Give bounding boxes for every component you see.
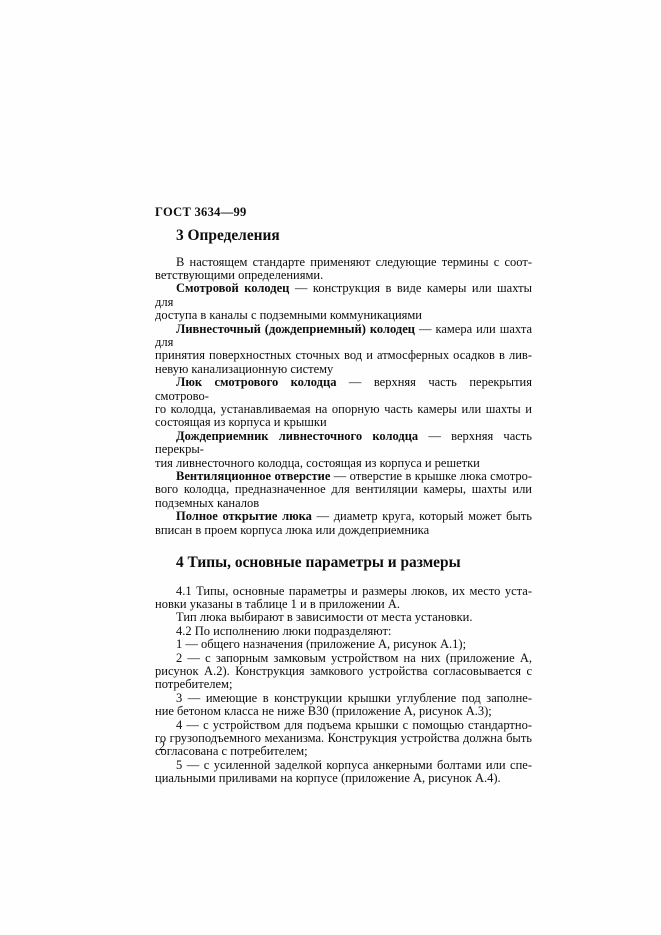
section-heading: 3 Определения <box>155 227 532 244</box>
paragraph: Смотровой колодец — конструкция в виде к… <box>155 282 532 322</box>
text-line: Дождеприемник ливнесточного колодца — ве… <box>155 430 532 457</box>
paragraph: Ливнесточный (дождеприемный) колодец — к… <box>155 323 532 377</box>
text-line: Вентиляционное отверстие — отверстие в к… <box>155 470 532 483</box>
paragraph: 1 — общего назначения (приложение А, рис… <box>155 638 532 651</box>
paragraph: Дождеприемник ливнесточного колодца — ве… <box>155 430 532 470</box>
defined-term: Вентиляционное отверстие <box>176 469 330 483</box>
section-heading: 4 Типы, основные параметры и размеры <box>155 554 532 571</box>
paragraph: Тип люка выбирают в зависимости от места… <box>155 611 532 624</box>
text-line: Смотровой колодец — конструкция в виде к… <box>155 282 532 309</box>
text-line: Тип люка выбирают в зависимости от места… <box>155 611 532 624</box>
defined-term: Полное открытие люка <box>176 509 312 523</box>
text-line: вписан в проем корпуса люка или дождепри… <box>155 524 532 537</box>
text-line: ветствующими определениями. <box>155 269 532 282</box>
defined-term: Дождеприемник ливнесточного колодца <box>176 429 418 443</box>
defined-term: Ливнесточный (дождеприемный) колодец <box>176 322 415 336</box>
text-line: подземных каналов <box>155 497 532 510</box>
defined-term: Смотровой колодец <box>176 281 289 295</box>
paragraph: 2 — с запорным замковым устройством на н… <box>155 652 532 692</box>
text-line: го колодца, устанавливаемая на опорную ч… <box>155 403 532 416</box>
text-column: ГОСТ 3634—99 3 ОпределенияВ настоящем ст… <box>155 206 532 786</box>
paragraph: 4.1 Типы, основные параметры и размеры л… <box>155 585 532 612</box>
text-line: доступа в каналы с подземными коммуникац… <box>155 309 532 322</box>
text-line: 2 — с запорным замковым устройством на н… <box>155 652 532 665</box>
document-section: 4 Типы, основные параметры и размеры4.1 … <box>155 554 532 786</box>
paragraph: 4 — с устройством для подъема крышки с п… <box>155 719 532 759</box>
text-line: В настоящем стандарте применяют следующи… <box>155 256 532 269</box>
text-line: 3 — имеющие в конструкции крышки углубле… <box>155 692 532 705</box>
text-line: ние бетоном класса не ниже В30 (приложен… <box>155 705 532 718</box>
text-line: циальными приливами на корпусе (приложен… <box>155 772 532 785</box>
text-line: 4.2 По исполнению люки подразделяют: <box>155 625 532 638</box>
text-line: Полное открытие люка — диаметр круга, ко… <box>155 510 532 523</box>
text-line: Ливнесточный (дождеприемный) колодец — к… <box>155 323 532 350</box>
page-number: 2 <box>159 740 165 753</box>
text-line: 5 — с усиленной заделкой корпуса анкерны… <box>155 759 532 772</box>
document-code: ГОСТ 3634—99 <box>155 206 532 219</box>
text-line: потребителем; <box>155 678 532 691</box>
defined-term: Люк смотрового колодца <box>176 375 336 389</box>
text-line: невую канализационную систему <box>155 363 532 376</box>
text-line: 4.1 Типы, основные параметры и размеры л… <box>155 585 532 598</box>
text-line: состоящая из корпуса и крышки <box>155 416 532 429</box>
text-line: тия ливнесточного колодца, состоящая из … <box>155 457 532 470</box>
text-line: вого колодца, предназначенное для вентил… <box>155 483 532 496</box>
text-line: 1 — общего назначения (приложение А, рис… <box>155 638 532 651</box>
paragraph: Полное открытие люка — диаметр круга, ко… <box>155 510 532 537</box>
text-line: принятия поверхностных сточных вод и атм… <box>155 349 532 362</box>
document-section: 3 ОпределенияВ настоящем стандарте приме… <box>155 227 532 537</box>
text-line: Люк смотрового колодца — верхняя часть п… <box>155 376 532 403</box>
paragraph: 4.2 По исполнению люки подразделяют: <box>155 625 532 638</box>
text-line: новки указаны в таблице 1 и в приложении… <box>155 598 532 611</box>
text-line: 4 — с устройством для подъема крышки с п… <box>155 719 532 732</box>
paragraph: В настоящем стандарте применяют следующи… <box>155 256 532 283</box>
text-line: согласована с потребителем; <box>155 745 532 758</box>
document-body: 3 ОпределенияВ настоящем стандарте приме… <box>155 227 532 786</box>
paragraph: Вентиляционное отверстие — отверстие в к… <box>155 470 532 510</box>
text-line: рисунок А.2). Конструкция замкового устр… <box>155 665 532 678</box>
text-line: го грузоподъемного механизма. Конструкци… <box>155 732 532 745</box>
paragraph: Люк смотрового колодца — верхняя часть п… <box>155 376 532 430</box>
paragraph: 3 — имеющие в конструкции крышки углубле… <box>155 692 532 719</box>
paragraph: 5 — с усиленной заделкой корпуса анкерны… <box>155 759 532 786</box>
document-page: ГОСТ 3634—99 3 ОпределенияВ настоящем ст… <box>0 0 661 935</box>
